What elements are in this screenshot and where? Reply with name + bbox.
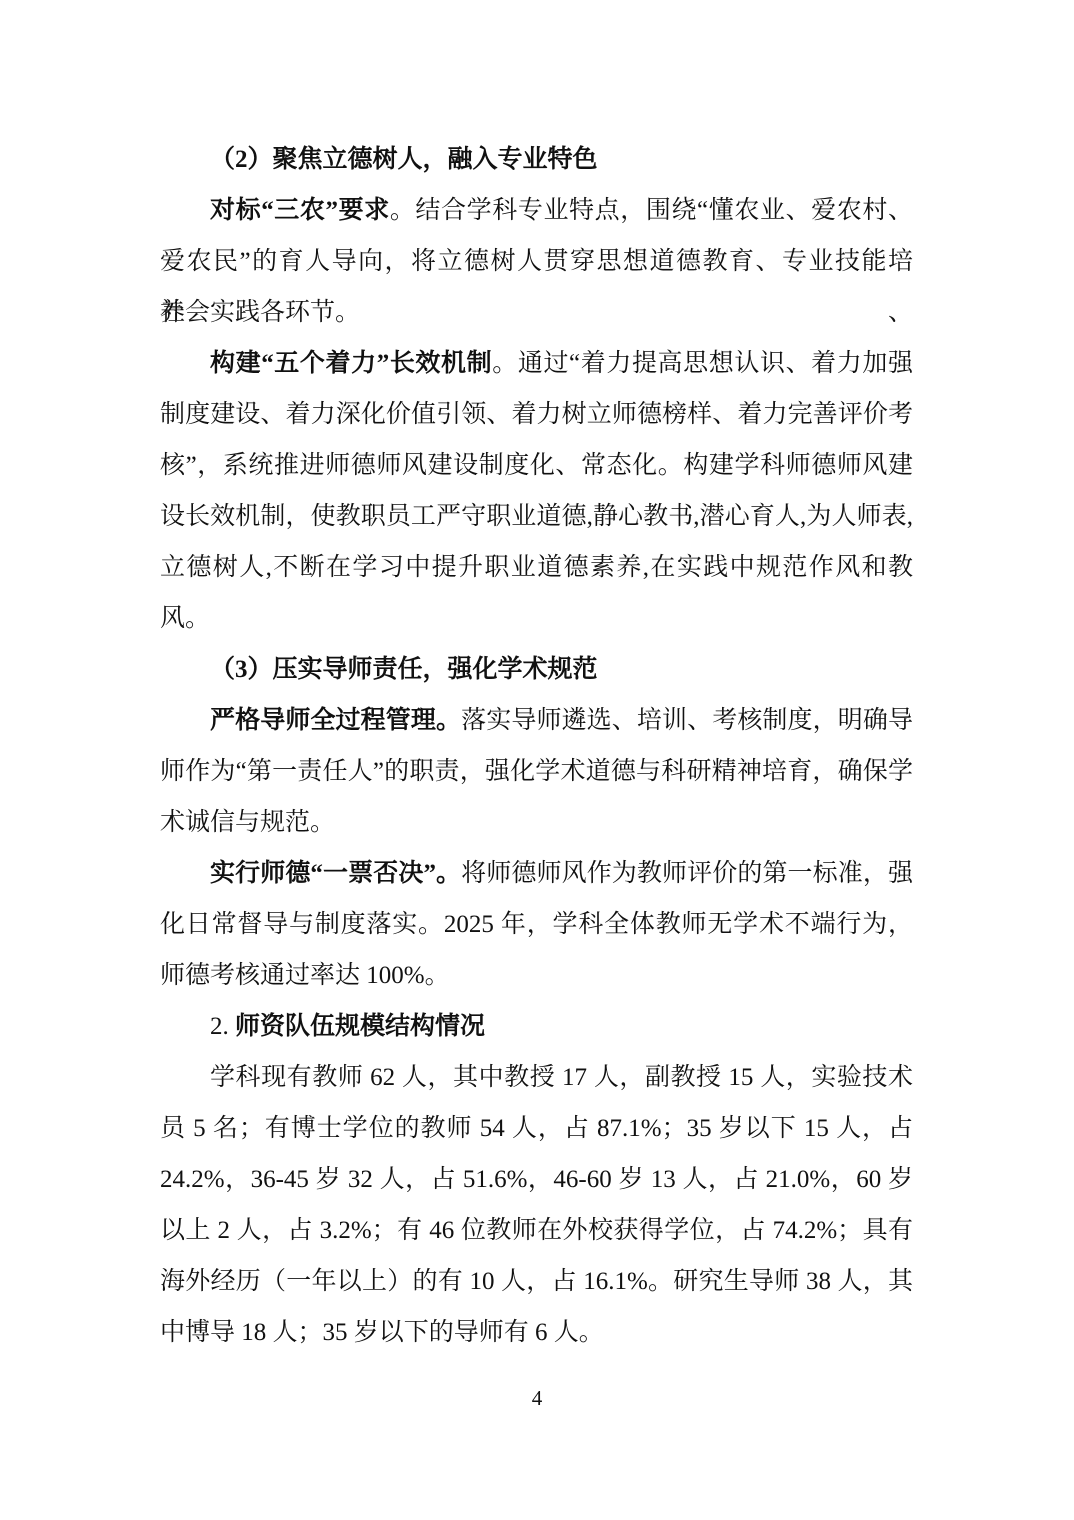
text-line: 以上 2 人，占 3.2%；有 46 位教师在外校获得学位，占 74.2%；具有 [160,1205,913,1256]
text-line: 海外经历（一年以上）的有 10 人，占 16.1%。研究生导师 38 人，其 [160,1256,913,1307]
bold-run: 严格导师全过程管理。 [210,707,461,734]
bold-run: 构建“五个着力”长效机制 [210,350,492,377]
heading-faculty-scale-structure: 2. 师资队伍规模结构情况 [160,1001,913,1052]
text-line: 师作为“第一责任人”的职责，强化学术道德与科研精神培育，确保学 [160,746,913,797]
text-run: 海外经历（一年以上）的有 10 人，占 16.1%。研究生导师 38 人，其 [160,1268,913,1295]
text-line: 对标“三农”要求。结合学科专业特点，围绕“懂农业、爱农村、 [160,185,913,236]
text-line: 设长效机制，使教职员工严守职业道德,静心教书,潜心育人,为人师表, [160,491,913,542]
text-line: 立德树人,不断在学习中提升职业道德素养,在实践中规范作风和教 [160,542,913,593]
bold-run: （2）聚焦立德树人，融入专业特色 [210,146,598,173]
bold-run: 对标“三农”要求 [210,197,390,224]
text-line: 24.2%，36-45 岁 32 人，占 51.6%，46-60 岁 13 人，… [160,1154,913,1205]
text-run: 化日常督导与制度落实。2025 年，学科全体教师无学术不端行为， [160,911,913,938]
text-run: 以上 2 人，占 3.2%；有 46 位教师在外校获得学位，占 74.2%；具有 [160,1217,913,1244]
bold-run: （3）压实导师责任，强化学术规范 [210,656,598,683]
para-five-efforts-mechanism: 构建“五个着力”长效机制。通过“着力提高思想认识、着力加强制度建设、着力深化价值… [160,338,913,644]
text-run: 落实导师遴选、培训、考核制度，明确导 [461,707,913,734]
text-line: 术诚信与规范。 [160,797,913,848]
text-line: 制度建设、着力深化价值引领、着力树立师德榜样、着力完善评价考 [160,389,913,440]
text-run: 核”，系统推进师德师风建设制度化、常态化。构建学科师德师风建 [160,452,913,479]
para-faculty-statistics: 学科现有教师 62 人，其中教授 17 人，副教授 15 人，实验技术员 5 名… [160,1052,913,1358]
text-line: 中博导 18 人；35 岁以下的导师有 6 人。 [160,1307,913,1358]
text-run: 制度建设、着力深化价值引领、着力树立师德榜样、着力完善评价考 [160,401,913,428]
text-line: 化日常督导与制度落实。2025 年，学科全体教师无学术不端行为， [160,899,913,950]
text-run: 。通过“着力提高思想认识、着力加强 [492,350,913,377]
text-line: 员 5 名；有博士学位的教师 54 人，占 87.1%；35 岁以下 15 人，… [160,1103,913,1154]
text-run: 术诚信与规范。 [160,809,335,836]
text-run: 立德树人,不断在学习中提升职业道德素养,在实践中规范作风和教 [160,554,913,581]
text-run: 员 5 名；有博士学位的教师 54 人，占 87.1%；35 岁以下 15 人，… [160,1115,913,1142]
text-run: 师德考核通过率达 100%。 [160,962,450,989]
text-line: 学科现有教师 62 人，其中教授 17 人，副教授 15 人，实验技术 [160,1052,913,1103]
text-line: （2）聚焦立德树人，融入专业特色 [160,134,913,185]
text-line: 构建“五个着力”长效机制。通过“着力提高思想认识、着力加强 [160,338,913,389]
text-run: 将师德师风作为教师评价的第一标准，强 [461,860,913,887]
text-line: 爱农民”的育人导向，将立德树人贯穿思想道德教育、专业技能培养、 [160,236,913,287]
heading-3-supervisor-responsibility: （3）压实导师责任，强化学术规范 [160,644,913,695]
text-line: 实行师德“一票否决”。将师德师风作为教师评价的第一标准，强 [160,848,913,899]
text-run: 2. [210,1013,235,1040]
text-line: 2. 师资队伍规模结构情况 [160,1001,913,1052]
document-page: （2）聚焦立德树人，融入专业特色对标“三农”要求。结合学科专业特点，围绕“懂农业… [0,0,1074,1520]
text-line: （3）压实导师责任，强化学术规范 [160,644,913,695]
text-run: 24.2%，36-45 岁 32 人，占 51.6%，46-60 岁 13 人，… [160,1166,913,1193]
para-three-rural-requirements: 对标“三农”要求。结合学科专业特点，围绕“懂农业、爱农村、爱农民”的育人导向，将… [160,185,913,338]
text-line: 师德考核通过率达 100%。 [160,950,913,1001]
text-run: 学科现有教师 62 人，其中教授 17 人，副教授 15 人，实验技术 [210,1064,913,1091]
text-line: 核”，系统推进师德师风建设制度化、常态化。构建学科师德师风建 [160,440,913,491]
heading-2-focus-morality: （2）聚焦立德树人，融入专业特色 [160,134,913,185]
text-run: 师作为“第一责任人”的职责，强化学术道德与科研精神培育，确保学 [160,758,913,785]
text-run: 中博导 18 人；35 岁以下的导师有 6 人。 [160,1319,604,1346]
text-run: 风。 [160,605,210,632]
text-block: （2）聚焦立德树人，融入专业特色对标“三农”要求。结合学科专业特点，围绕“懂农业… [160,134,913,1358]
text-line: 风。 [160,593,913,644]
page-number: 4 [0,1383,1074,1413]
text-run: 。结合学科专业特点，围绕“懂农业、爱农村、 [390,197,913,224]
para-supervisor-whole-process: 严格导师全过程管理。落实导师遴选、培训、考核制度，明确导师作为“第一责任人”的职… [160,695,913,848]
para-one-vote-veto: 实行师德“一票否决”。将师德师风作为教师评价的第一标准，强化日常督导与制度落实。… [160,848,913,1001]
text-run: 社会实践各环节。 [160,299,360,326]
bold-run: 师资队伍规模结构情况 [235,1013,485,1040]
bold-run: 实行师德“一票否决”。 [210,860,461,887]
text-run: 设长效机制，使教职员工严守职业道德,静心教书,潜心育人,为人师表, [160,503,913,530]
text-line: 严格导师全过程管理。落实导师遴选、培训、考核制度，明确导 [160,695,913,746]
